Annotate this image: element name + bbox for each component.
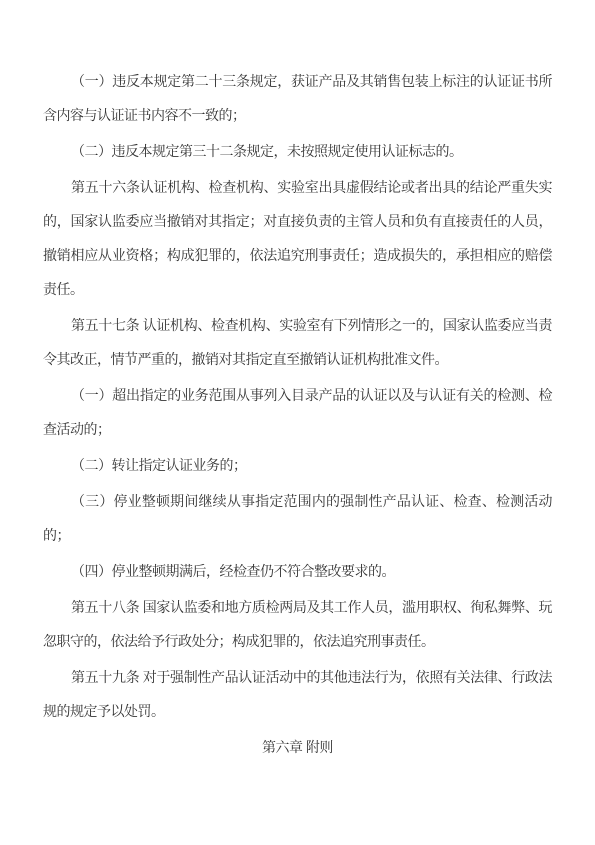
article-58: 第五十八条 国家认监委和地方质检两局及其工作人员，滥用职权、徇私舞弊、玩忽职守的… — [43, 590, 552, 658]
document-body: （一）违反本规定第二十三条规定，获证产品及其销售包装上标注的认证证书所含内容与认… — [0, 0, 595, 764]
article-57-item-3: （三）停业整顿期间继续从事指定范围内的强制性产品认证、检查、检测活动的； — [43, 484, 552, 552]
clause-item-1: （一）违反本规定第二十三条规定，获证产品及其销售包装上标注的认证证书所含内容与认… — [43, 64, 552, 132]
article-57-item-1: （一）超出指定的业务范围从事列入目录产品的认证以及与认证有关的检测、检查活动的； — [43, 378, 552, 446]
document-page: （一）违反本规定第二十三条规定，获证产品及其销售包装上标注的认证证书所含内容与认… — [0, 0, 595, 845]
article-57: 第五十七条 认证机构、检查机构、实验室有下列情形之一的，国家认监委应当责令其改正… — [43, 308, 552, 376]
chapter-heading: 第六章 附则 — [43, 730, 552, 764]
article-56: 第五十六条认证机构、检查机构、实验室出具虚假结论或者出具的结论严重失实的，国家认… — [43, 170, 552, 306]
article-59: 第五十九条 对于强制性产品认证活动中的其他违法行为，依照有关法律、行政法规的规定… — [43, 660, 552, 728]
article-57-item-4: （四）停业整顿期满后，经检查仍不符合整改要求的。 — [43, 554, 552, 588]
article-57-item-2: （二）转让指定认证业务的； — [43, 448, 552, 482]
clause-item-2: （二）违反本规定第三十二条规定，未按照规定使用认证标志的。 — [43, 134, 552, 168]
